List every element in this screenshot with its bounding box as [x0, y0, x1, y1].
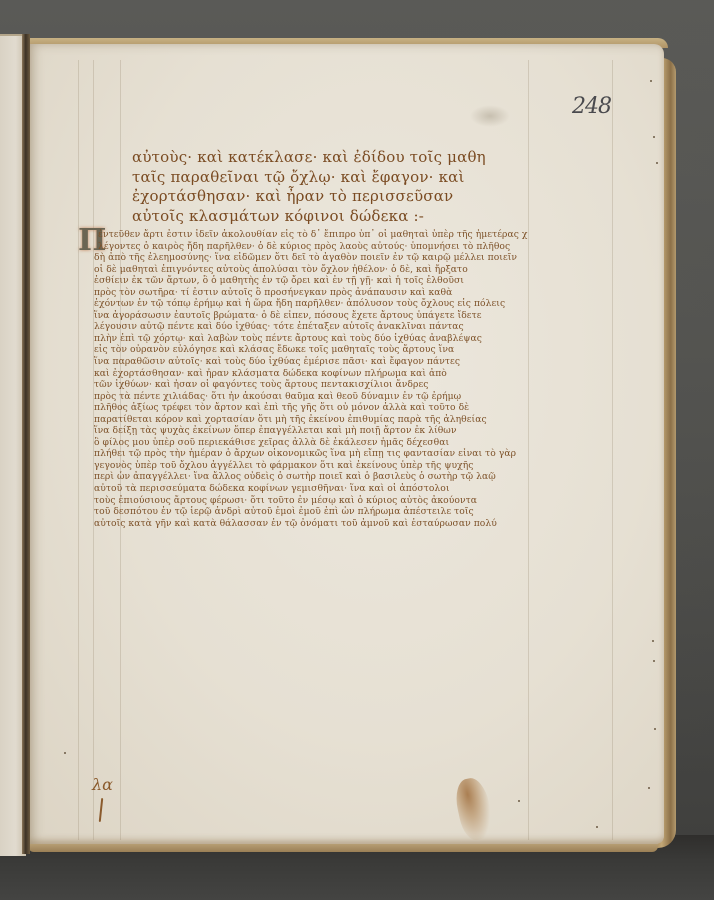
pricking-mark: [656, 162, 658, 164]
text-line: πρὸς τὸν σωτῆρα· τί ἐστιν αὐτοῖς ὃ προσή…: [94, 287, 528, 299]
text-line: δὴ ἀπὸ τῆς ἐλεημοσύνης· ἵνα εἰδῶμεν ὅτι …: [94, 252, 528, 264]
text-line: τοὺς ἐπιούσιους ἄρτους φέρωσι· ὅτι τοῦτο…: [94, 495, 528, 507]
ruling-line: [612, 60, 613, 840]
heading-line: ἐχορτάσθησαν· καὶ ἦραν τὸ περισσεῦσαν: [132, 187, 502, 207]
text-line: εἰς τὸν οὐρανὸν εὐλόγησε καὶ κλάσας ἔδωκ…: [94, 344, 528, 356]
text-line: ἐχόντων ἐν τῷ τόπῳ ἐρήμῳ καὶ ἡ ὥρα ἤδη π…: [94, 298, 528, 310]
pricking-mark: [64, 752, 66, 754]
commentary-text: ἐντεῦθεν ἄρτι ἐστιν ἰδεῖν ἀκολουθίαν εἰς…: [98, 229, 528, 529]
text-line: λέγουσιν αὐτῷ πέντε καὶ δύο ἰχθύας· τότε…: [94, 321, 528, 333]
text-line: ἵνα παραθῶσιν αὐτοῖς· καὶ τοὺς δύο ἰχθύα…: [94, 356, 528, 368]
text-line: λέγοντες ὁ καιρὸς ἤδη παρῆλθεν· ὁ δὲ κύρ…: [98, 241, 528, 253]
text-line: καὶ ἐχορτάσθησαν· καὶ ἦραν κλάσματα δώδε…: [94, 368, 528, 380]
heading-line: αὐτοῖς κλασμάτων κόφινοι δώδεκα :-: [132, 207, 502, 227]
ruling-line: [528, 60, 529, 840]
text-line: ἐσθίειν ἐκ τῶν ἄρτων, ὃ ὁ μαθητὴς ἐν τῷ …: [94, 275, 528, 287]
text-line: οἱ δὲ μαθηταὶ ἐπιγνόντες αὐτοὺς ἀπολύσαι…: [94, 264, 528, 276]
marginal-quire-note: λα: [92, 775, 113, 794]
book-gutter: [22, 34, 30, 854]
pricking-mark: [652, 640, 654, 642]
section-heading: αὐτοὺς· καὶ κατέκλασε· καὶ ἐδίδου τοῖς μ…: [132, 148, 502, 226]
text-line: περὶ ὧν ἀπαγγέλλει· ἵνα ἄλλος οὐδεὶς ὁ σ…: [94, 471, 528, 483]
text-line: παρατίθεται κόρον καὶ χορτασίαν ὅτι μὴ τ…: [94, 414, 528, 426]
text-line: πλήθει τῷ πρὸς τὴν ἡμέραν ὁ ἄρχων οἰκονο…: [94, 448, 528, 460]
faded-mark: [470, 105, 510, 127]
text-line: αὐτοῖς κατὰ γῆν καὶ κατὰ θάλασσαν ἐν τῷ …: [94, 518, 528, 530]
heading-line: ταῖς παραθεῖναι τῷ ὄχλῳ· καὶ ἔφαγον· καὶ: [132, 168, 502, 188]
text-line: γεγονὸς ὑπὲρ τοῦ ὄχλου ἀγγέλλει τὸ φάρμα…: [94, 460, 528, 472]
text-line: ἵνα δείξῃ τὰς ψυχὰς ἐκείνων ὅπερ ἐπαγγέλ…: [94, 425, 528, 437]
pricking-mark: [650, 80, 652, 82]
pricking-mark: [653, 136, 655, 138]
text-line: πλὴν ἐπὶ τῷ χόρτῳ· καὶ λαβὼν τοὺς πέντε …: [94, 333, 528, 345]
text-line: ἐντεῦθεν ἄρτι ἐστιν ἰδεῖν ἀκολουθίαν εἰς…: [98, 229, 528, 241]
text-line: τῶν ἰχθύων· καὶ ἦσαν οἱ φαγόντες τοὺς ἄρ…: [94, 379, 528, 391]
text-line: ὃ φίλος μου ὑπὲρ σοῦ περιεκάθισε χεῖρας …: [94, 437, 528, 449]
heading-line: αὐτοὺς· καὶ κατέκλασε· καὶ ἐδίδου τοῖς μ…: [132, 148, 502, 168]
pricking-mark: [648, 787, 650, 789]
text-line: ἵνα ἀγοράσωσιν ἑαυτοῖς βρώματα· ὁ δὲ εἶπ…: [94, 310, 528, 322]
folio-number: 248: [572, 94, 611, 119]
pricking-mark: [518, 800, 520, 802]
text-line: πρὸς τὰ πέντε χιλιάδας· ὅτι ἦν ἀκούσαι θ…: [94, 391, 528, 403]
pricking-mark: [653, 660, 655, 662]
ruling-line: [78, 60, 79, 840]
pricking-mark: [596, 826, 598, 828]
text-line: πλῆθος ἀξίως τρέφει τὸν ἄρτον καὶ ἐπὶ τῆ…: [94, 402, 528, 414]
text-line: τοῦ δεσπότου ἐν τῷ ἱερῷ ἀνδρὶ αὐτοῦ ἐμοὶ…: [94, 506, 528, 518]
pricking-mark: [654, 728, 656, 730]
text-line: αὐτοῦ τὰ περισσεύματα δώδεκα κοφίνων γεμ…: [94, 483, 528, 495]
